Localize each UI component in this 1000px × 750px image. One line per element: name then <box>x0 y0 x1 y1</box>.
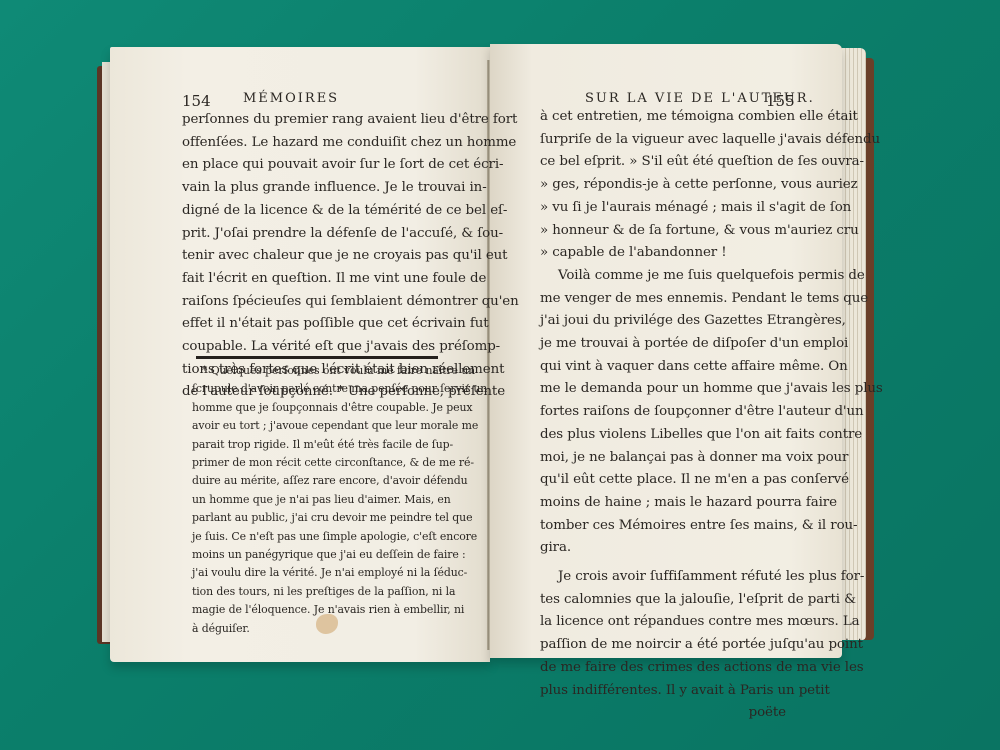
footnote-line: moins un panégyrique que j'ai eu deſſein… <box>192 546 440 564</box>
footnote-line: duire au mérite, aſſez rare encore, d'av… <box>192 472 440 490</box>
text-line: » ges, répondis-je à cette perſonne, vou… <box>540 174 786 197</box>
footnote-line: homme que je ſoupçonnais d'être coupable… <box>192 399 440 417</box>
text-line: ce bel eſprit. » S'il eût été queſtion d… <box>540 151 786 174</box>
text-line: à cet entretien, me témoigna combien ell… <box>540 106 786 129</box>
text-line: j'ai joui du privilége des Gazettes Etra… <box>540 310 786 333</box>
text-line: fortes raiſons de ſoupçonner d'être l'au… <box>540 401 786 424</box>
text-line: qui vint à vaquer dans cette affaire mêm… <box>540 356 786 379</box>
footnote-line: * Quelques perſonnes ont voulu me faire … <box>192 362 440 380</box>
footnote-line: à déguiſer. <box>192 620 440 638</box>
text-line: Voilà comme je me ſuis quelquefois permi… <box>540 265 786 288</box>
text-line: raiſons ſpécieuſes qui ſemblaient démont… <box>182 291 438 314</box>
text-line: me le demanda pour un homme que j'avais … <box>540 378 786 401</box>
footnote-line: avoir eu tort ; j'avoue cependant que le… <box>192 417 440 435</box>
text-line: me venger de mes ennemis. Pendant le tem… <box>540 288 786 311</box>
text-line: effet il n'était pas poſſible que cet éc… <box>182 313 438 336</box>
text-line: qu'il eût cette place. Il ne m'en a pas … <box>540 469 786 492</box>
footnote-line: parait trop rigide. Il m'eût été très fa… <box>192 436 440 454</box>
footnote-line: ſcrupule d'avoir parlé contre ma penſée … <box>192 380 440 398</box>
footnote-line: primer de mon récit cette circonſtance, … <box>192 454 440 472</box>
text-line: offenſées. Le hazard me conduiſit chez u… <box>182 132 438 155</box>
footnote: * Quelques perſonnes ont voulu me faire … <box>192 362 440 638</box>
page-number-left: 154 <box>182 92 211 110</box>
text-line: plus indifférentes. Il y avait à Paris u… <box>540 680 786 703</box>
open-book: 154 MÉMOIRES perſonnes du premier rang a… <box>0 0 1000 750</box>
footnote-line: magie de l'éloquence. Je n'avais rien à … <box>192 601 440 619</box>
text-line: moins de haine ; mais le hazard pourra f… <box>540 492 786 515</box>
text-line: digné de la licence & de la témérité de … <box>182 200 438 223</box>
footnote-line: tion des tours, ni les preſtiges de la p… <box>192 583 440 601</box>
text-line: fait l'écrit en queſtion. Il me vint une… <box>182 268 438 291</box>
running-head-left: MÉMOIRES <box>243 91 339 106</box>
footnote-rule <box>196 356 438 359</box>
text-line: paſſion de me noircir a été portée juſqu… <box>540 634 786 657</box>
text-line: des plus violens Libelles que l'on ait f… <box>540 424 786 447</box>
catchword: poëte <box>540 702 786 725</box>
text-line: tomber ces Mémoires entre ſes mains, & i… <box>540 515 786 538</box>
text-line: tes calomnies que la jalouſie, l'eſprit … <box>540 589 786 612</box>
footnote-line: j'ai voulu dire la vérité. Je n'ai emplo… <box>192 564 440 582</box>
text-line: de me faire des crimes des actions de ma… <box>540 657 786 680</box>
text-line: tenir avec chaleur que je ne croyais pas… <box>182 245 438 268</box>
text-line: en place qui pouvait avoir ſur le ſort d… <box>182 154 438 177</box>
text-line: la licence ont répandues contre mes mœur… <box>540 611 786 634</box>
footnote-line: parlant au public, j'ai cru devoir me pe… <box>192 509 440 527</box>
text-line: » honneur & de ſa fortune, & vous m'auri… <box>540 220 786 243</box>
left-page-body: perſonnes du premier rang avaient lieu d… <box>182 109 438 404</box>
text-line: gira. <box>540 537 786 560</box>
text-line: vain la plus grande influence. Je le tro… <box>182 177 438 200</box>
right-page-body: à cet entretien, me témoigna combien ell… <box>540 106 786 725</box>
text-line: prit. J'oſai prendre la défenſe de l'acc… <box>182 223 438 246</box>
text-line: » capable de l'abandonner ! <box>540 242 786 265</box>
text-line: je me trouvai à portée de diſpoſer d'un … <box>540 333 786 356</box>
text-line: ſurpriſe de la vigueur avec laquelle j'a… <box>540 129 786 152</box>
text-line: » vu ſi je l'aurais ménagé ; mais il s'a… <box>540 197 786 220</box>
text-line: moi, je ne balançai pas à donner ma voix… <box>540 447 786 470</box>
text-line: Je crois avoir ſuffiſamment réfuté les p… <box>540 566 786 589</box>
footnote-line: je ſuis. Ce n'eſt pas une ſimple apologi… <box>192 528 440 546</box>
footnote-line: un homme que je n'ai pas lieu d'aimer. M… <box>192 491 440 509</box>
text-line: perſonnes du premier rang avaient lieu d… <box>182 109 438 132</box>
